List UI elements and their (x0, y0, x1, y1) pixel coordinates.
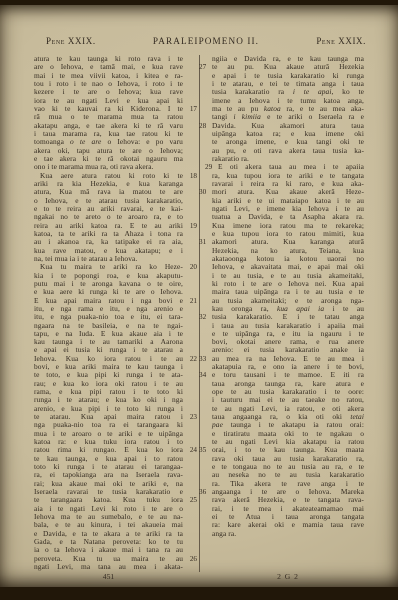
verse-number: 36 (199, 488, 206, 496)
scripture-line: ngati Levi, ma tana au mea i akata- (34, 563, 183, 571)
header-book-title: PARALEIPOMENO II. (153, 36, 259, 46)
verse-number: 24 (190, 446, 197, 454)
verse-number: 35 (199, 446, 206, 454)
scripture-line: anga ra. (212, 530, 364, 538)
verse-number: 27 (199, 63, 206, 71)
left-column: atura te kau taunga ki roto rava i teare… (34, 55, 183, 571)
verse-number: 25 (190, 496, 197, 504)
verse-number: 34 (199, 371, 206, 379)
verse-number: 19 (190, 222, 197, 230)
verse-number: 17 (190, 105, 197, 113)
verse-number: 23 (190, 413, 197, 421)
photo-background: Pene XXIX. PARALEIPOMENO II. Pene XXIX. … (0, 0, 398, 600)
verse-number: 22 (190, 355, 197, 363)
verse-number: 26 (190, 555, 197, 563)
verse-number: 29 (199, 163, 212, 171)
verse-number: 28 (199, 122, 206, 130)
verse-number: 33 (199, 355, 206, 363)
printer-signature-mark: 2 G 2 (212, 572, 364, 581)
verse-number: 21 (190, 297, 197, 305)
right-column: ngiia e Davida ra, e te kau taunga mate … (212, 55, 364, 538)
verse-number: 31 (199, 238, 206, 246)
book-page: Pene XXIX. PARALEIPOMENO II. Pene XXIX. … (0, 5, 398, 587)
header-right-chapter: Pene XXIX. (316, 36, 366, 46)
verse-number: 18 (184, 172, 197, 180)
verse-number: 20 (184, 263, 197, 271)
header-left-chapter: Pene XXIX. (46, 36, 96, 46)
running-header: Pene XXIX. PARALEIPOMENO II. Pene XXIX. (0, 36, 398, 48)
verse-number: 30 (199, 188, 206, 196)
text-columns: atura te kau taunga ki roto rava i teare… (0, 55, 398, 572)
page-number: 451 (34, 572, 183, 581)
verse-number: 32 (199, 313, 206, 321)
